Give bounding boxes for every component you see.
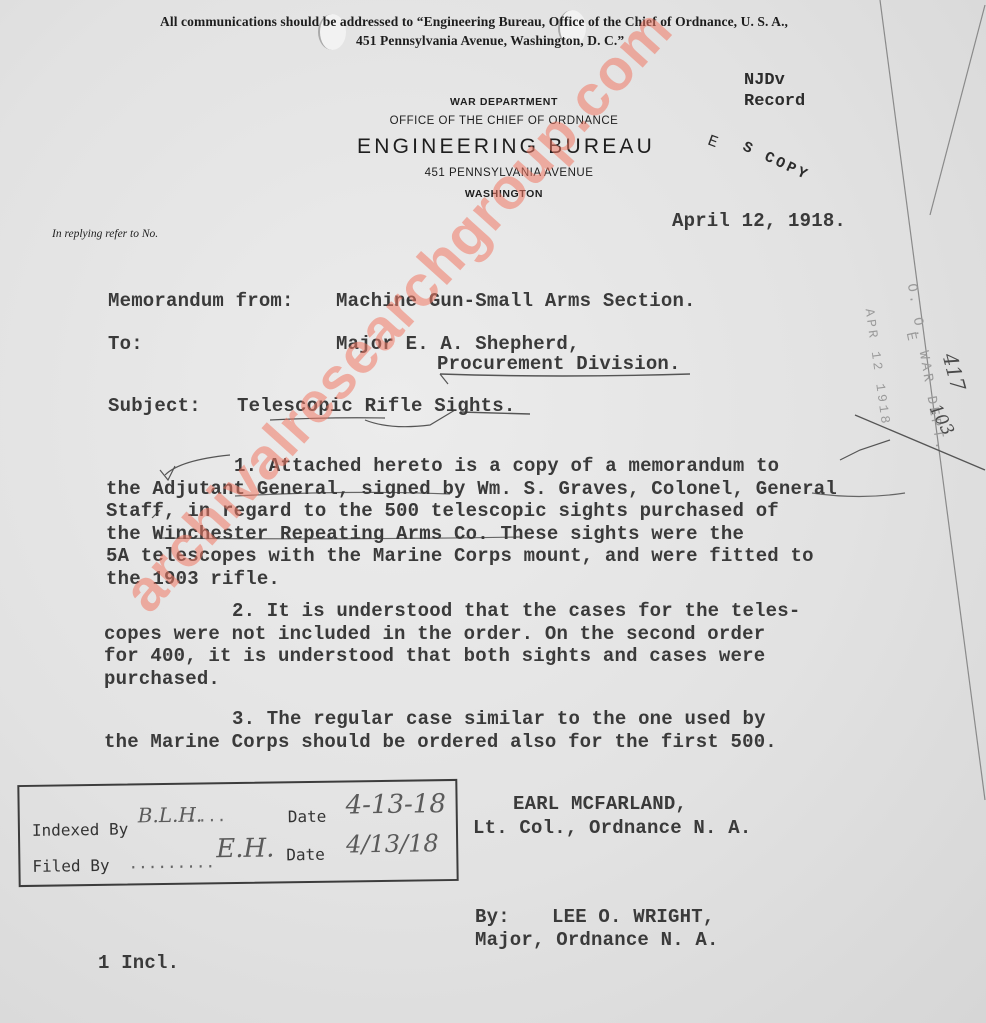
signature-name: EARL MCFARLAND,	[513, 793, 687, 815]
memo-subject-label: Subject:	[108, 395, 201, 417]
memo-from-value: Machine Gun-Small Arms Section.	[336, 290, 696, 312]
memo-to-division: Procurement Division.	[437, 353, 681, 375]
signature-by-name: LEE O. WRIGHT,	[552, 906, 714, 928]
body-paragraph-2: 2. It is understood that the cases for t…	[104, 600, 801, 690]
body-paragraph-3: 3. The regular case similar to the one u…	[104, 708, 777, 753]
correspondence-note-line2: 451 Pennsylvania Avenue, Washington, D. …	[356, 33, 624, 49]
index-filing-box: Indexed By B.L.H. .... Date 4-13-18 File…	[17, 779, 458, 887]
filed-dots: .........	[128, 852, 215, 872]
memo-subject-value: Telescopic Rifle Sights.	[237, 395, 515, 417]
corner-mark-record: Record	[744, 92, 805, 111]
indexed-by-label: Indexed By	[32, 820, 129, 840]
memo-to-label: To:	[108, 333, 143, 355]
signature-title: Lt. Col., Ordnance N. A.	[473, 817, 751, 839]
corner-mark-njdv: NJDv	[744, 71, 785, 90]
letterhead-address: 451 PENNSYLVANIA AVENUE	[364, 167, 654, 179]
filed-by-initials: E.H.	[216, 833, 275, 864]
body-paragraph-1: 1. Attached hereto is a copy of a memora…	[106, 455, 837, 590]
filed-date-label: Date	[286, 845, 325, 865]
indexed-date-label: Date	[288, 807, 327, 827]
indexed-date: 4-13-18	[345, 789, 446, 820]
enclosure-note: 1 Incl.	[98, 952, 179, 974]
letterhead-bureau: ENGINEERING BUREAU	[326, 135, 686, 159]
filed-date: 4/13/18	[346, 829, 439, 858]
letterhead-department: WAR DEPARTMENT	[384, 96, 624, 108]
memo-to-name: Major E. A. Shepherd,	[336, 333, 580, 355]
filed-by-label: Filed By	[32, 856, 109, 876]
signature-by-title: Major, Ordnance N. A.	[475, 929, 719, 951]
letterhead-city: WASHINGTON	[404, 188, 604, 200]
signature-by-label: By:	[475, 906, 510, 928]
reply-reference: In replying refer to No.	[52, 228, 158, 240]
letterhead-office: OFFICE OF THE CHIEF OF ORDNANCE	[354, 115, 654, 127]
letter-date: April 12, 1918.	[672, 210, 846, 232]
memo-from-label: Memorandum from:	[108, 290, 294, 312]
correspondence-note-line1: All communications should be addressed t…	[160, 14, 788, 30]
indexed-dots: ....	[188, 806, 227, 826]
